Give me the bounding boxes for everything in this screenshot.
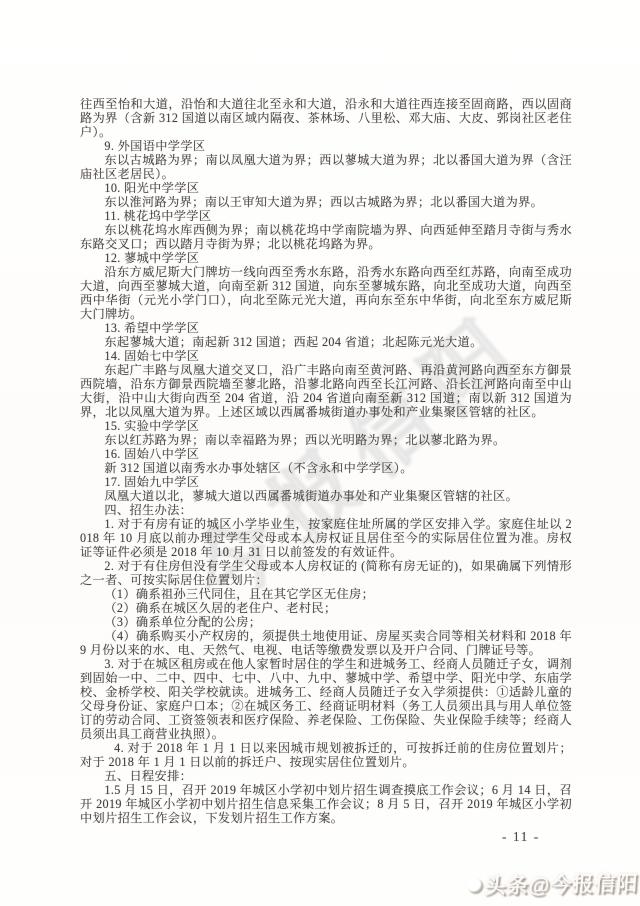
enroll-rule-1: 1. 对于有房有证的城区小学毕业生，按家庭住址所属的学区安排入学。家庭住址以 2… xyxy=(80,517,572,559)
district-10-heading: 10. 阳光中学学区 xyxy=(80,181,572,195)
bottom-watermark: 头条@今报信阳 xyxy=(466,868,639,901)
section-4-heading: 四、招生办法： xyxy=(80,503,572,517)
bottom-watermark-text: 头条@今报信阳 xyxy=(483,868,639,901)
district-12-boundaries: 沿东方威尼斯大门牌坊一线向西至秀水东路，沿秀水东路向西至红苏路，向南至成功大道，… xyxy=(80,265,572,321)
district-9-boundaries: 东以古城路为界；南以凤凰大道为界；西以蓼城大道为界；北以番国大道为界（含汪庙社区… xyxy=(80,153,572,181)
district-14-boundaries: 东起广丰路与凤凰大道交叉口，沿广丰路向南至黄河路、再沿黄河路向西至东方御景西院墙… xyxy=(80,363,572,419)
scanned-document-page: 今报信阳 往西至怡和大道，沿怡和大道往北至永和大道，沿永和大道往西连接至固商路，… xyxy=(0,0,640,906)
district-17-heading: 17. 固始九中学区 xyxy=(80,475,572,489)
district-10-boundaries: 东以淮河路为界；南以王审知大道为界；西以古城路为界；北以番国大道为界。 xyxy=(80,195,572,209)
para-continuation: 往西至怡和大道，沿怡和大道往北至永和大道，沿永和大道往西连接至固商路，西以固商路… xyxy=(80,97,572,139)
enroll-case-1: （1）确系祖孙三代同住，且在其它学区无住房； xyxy=(80,587,572,601)
district-12-heading: 12. 蓼城中学学区 xyxy=(80,251,572,265)
enroll-rule-3: 3. 对于在城区租房或在他人家暂时居住的学生和进城务工、经商人员随迁子女，调剂到… xyxy=(80,657,572,741)
district-15-heading: 15. 实验中学学区 xyxy=(80,419,572,433)
document-body: 往西至怡和大道，沿怡和大道往北至永和大道，沿永和大道往西连接至固商路，西以固商路… xyxy=(80,97,572,825)
enroll-case-4: （4）确系购买小产权房的，须提供土地使用证、房屋买卖合同等相关材料和 2018 … xyxy=(80,629,572,657)
district-13-boundaries: 东起蓼城大道；南起新 312 国道；西起 204 省道；北起陈元光大道。 xyxy=(80,335,572,349)
district-13-heading: 13. 希望中学学区 xyxy=(80,321,572,335)
schedule-item-1: 1.5 月 15 日，召开 2019 年城区小学初中划片招生调查摸底工作会议；6… xyxy=(80,783,572,825)
section-5-heading: 五、日程安排： xyxy=(80,769,572,783)
district-16-boundaries: 新 312 国道以南秀水办事处辖区（不含永和中学学区）。 xyxy=(80,461,572,475)
enroll-rule-4: 4. 对于 2018 年 1 月 1 日以来因城市规划被拆迁的，可按拆迁前的住房… xyxy=(80,741,572,769)
enroll-rule-2: 2. 对于有住房但没有学生父母或本人房权证的 (简称有房无证的)，如果确属下列情… xyxy=(80,559,572,587)
district-11-boundaries: 东以桃花坞水库西侧为界；南以桃花坞中学南院墙为界、向西延伸至踏月寺街与秀水东路交… xyxy=(80,223,572,251)
district-16-heading: 16. 固始八中学区 xyxy=(80,447,572,461)
page-number: - 11 - xyxy=(502,829,582,845)
district-9-heading: 9. 外国语中学学区 xyxy=(80,139,572,153)
enroll-case-3: （3）确系单位分配的公房； xyxy=(80,615,572,629)
district-14-heading: 14. 固始七中学区 xyxy=(80,349,572,363)
district-15-boundaries: 东以红苏路为界；南以幸福路为界；西以光明路为界；北以蓼北路为界。 xyxy=(80,433,572,447)
district-17-boundaries: 凤凰大道以北，蓼城大道以西属番城街道办事处和产业集聚区管辖的社区。 xyxy=(80,489,572,503)
district-11-heading: 11. 桃花坞中学学区 xyxy=(80,209,572,223)
enroll-case-2: （2）确系在城区久居的老住户、老村民； xyxy=(80,601,572,615)
toutiao-logo-icon xyxy=(467,878,482,892)
